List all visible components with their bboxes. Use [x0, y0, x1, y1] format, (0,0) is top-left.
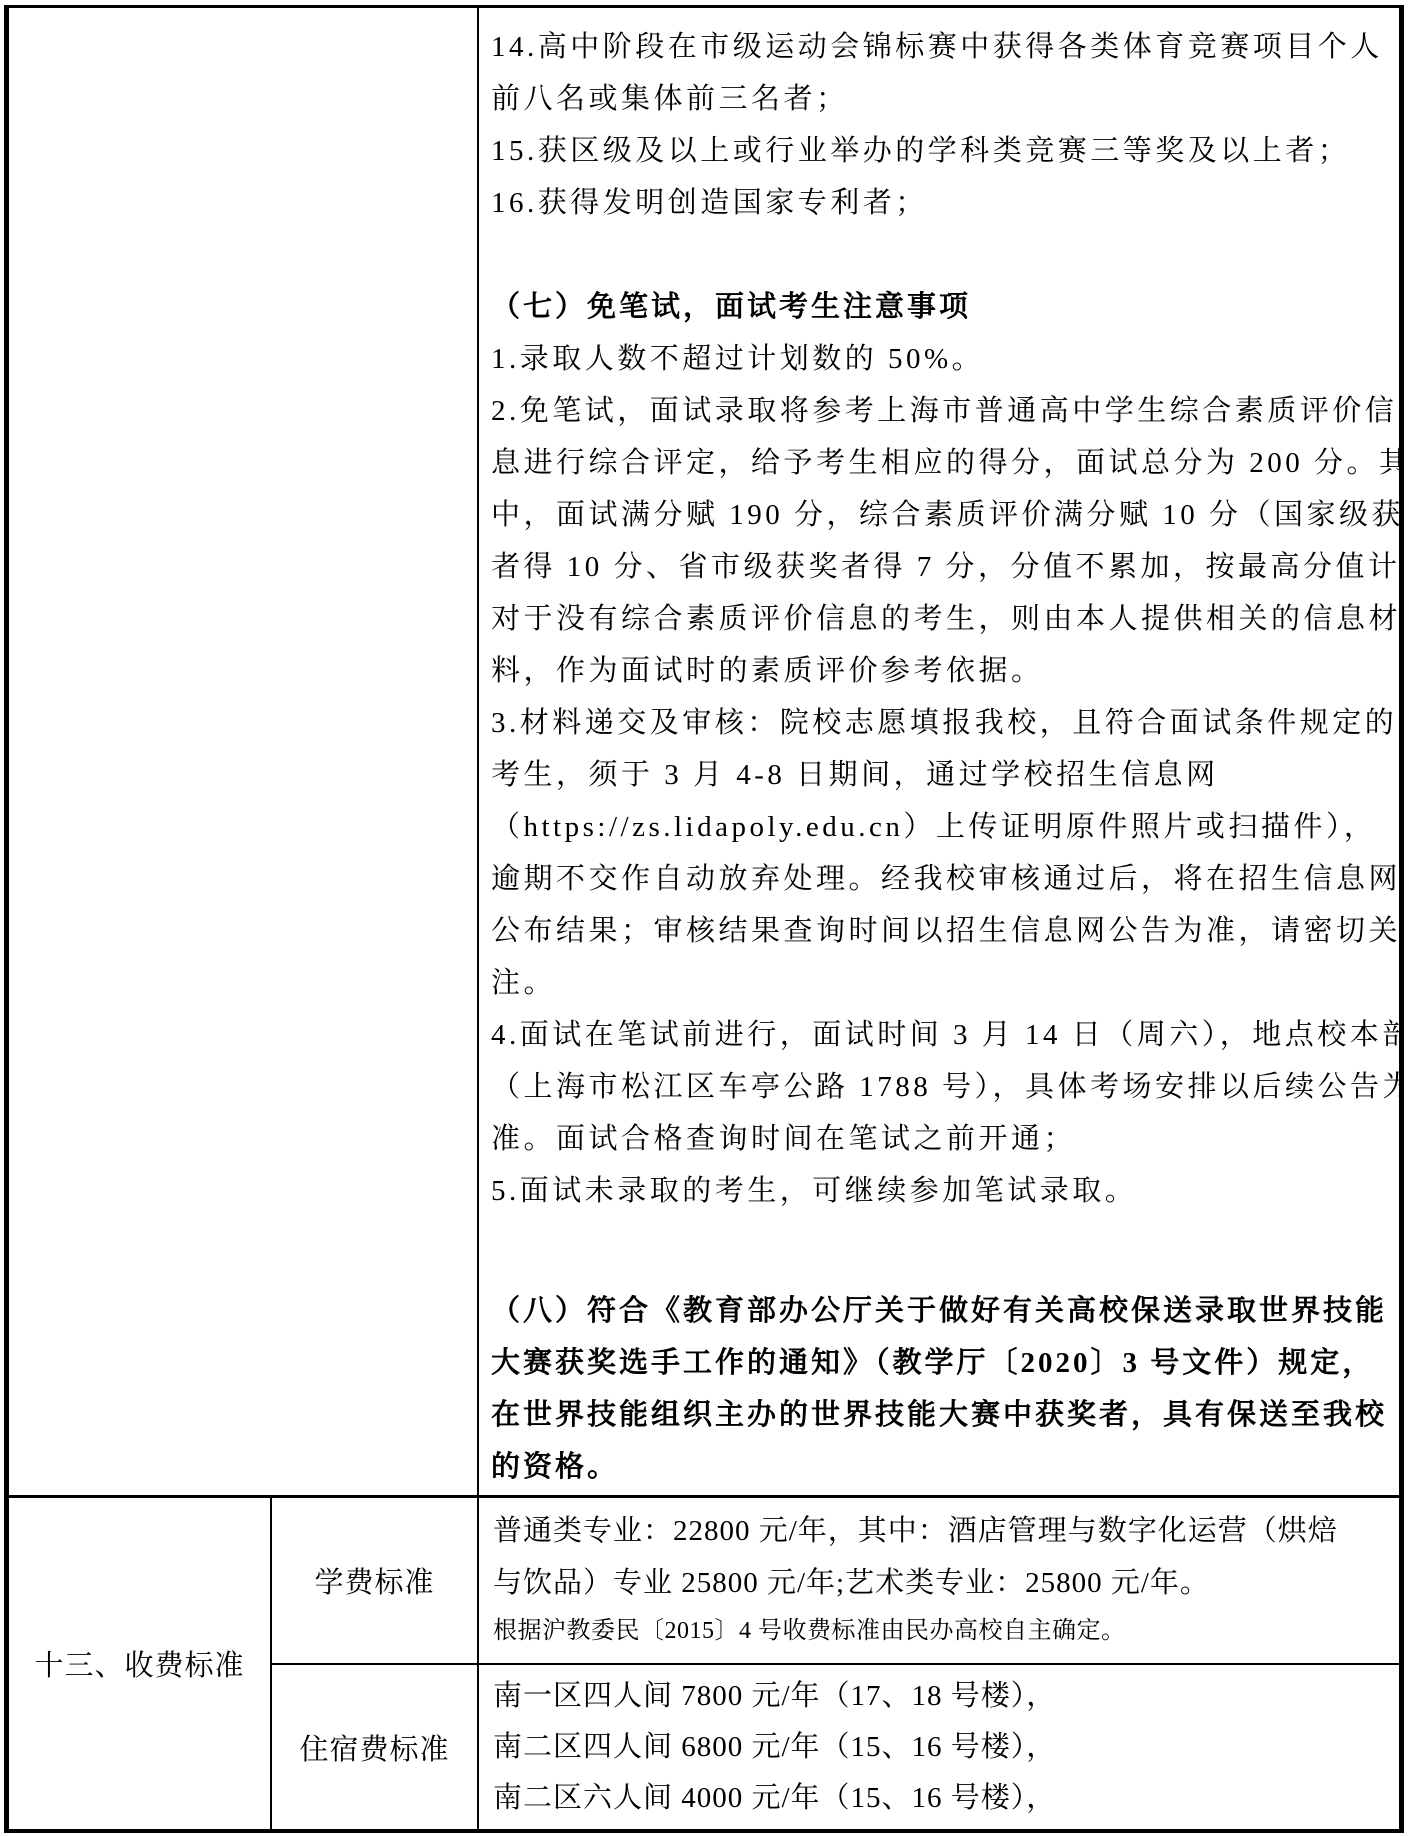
text-line: 14.高中阶段在市级运动会锦标赛中获得各类体育竞赛项目个人 [491, 21, 1393, 73]
fee-section-row-label: 十三、收费标准 [34, 1643, 244, 1684]
text-line: 中，面试满分赋 190 分，综合素质评价满分赋 10 分（国家级获奖 [491, 489, 1393, 541]
text-line: （https://zs.lidapoly.edu.cn）上传证明原件照片或扫描件… [491, 801, 1393, 853]
text-line: 1.录取人数不超过计划数的 50%。 [491, 333, 1393, 385]
notice-content-cell: 14.高中阶段在市级运动会锦标赛中获得各类体育竞赛项目个人前八名或集体前三名者；… [479, 8, 1399, 1498]
text-line: 考生，须于 3 月 4-8 日期间，通过学校招生信息网 [491, 749, 1393, 801]
text-line: 南二区四人间 6800 元/年（15、16 号楼）， [493, 1722, 1389, 1773]
left-empty-continuation-cell [9, 8, 479, 1498]
text-line: （上海市松江区车亭公路 1788 号），具体考场安排以后续公告为 [491, 1061, 1393, 1113]
text-line: 大赛获奖选手工作的通知》（教学厅〔2020〕3 号文件）规定， [491, 1337, 1393, 1389]
tuition-lines: 普通类专业：22800 元/年，其中：酒店管理与数字化运营（烘焙与饮品）专业 2… [493, 1505, 1389, 1609]
tuition-standard-label: 学费标准 [314, 1560, 434, 1601]
text-line: 4.面试在笔试前进行，面试时间 3 月 14 日（周六），地点校本部 [491, 1009, 1393, 1061]
accommodation-standard-label: 住宿费标准 [299, 1727, 449, 1768]
tuition-standard-label-cell: 学费标准 [272, 1498, 479, 1665]
blank-line [491, 1217, 1393, 1269]
text-line: 2.免笔试，面试录取将参考上海市普通高中学生综合素质评价信 [491, 385, 1393, 437]
text-line: 对于没有综合素质评价信息的考生，则由本人提供相关的信息材 [491, 593, 1393, 645]
accommodation-standard-label-cell: 住宿费标准 [272, 1665, 479, 1829]
tuition-standard-content-cell: 普通类专业：22800 元/年，其中：酒店管理与数字化运营（烘焙与饮品）专业 2… [479, 1498, 1399, 1665]
text-line: 5.面试未录取的考生，可继续参加笔试录取。 [491, 1165, 1393, 1217]
text-line: 公布结果；审核结果查询时间以招生信息网公告为准，请密切关 [491, 905, 1393, 957]
text-line: 普通类专业：22800 元/年，其中：酒店管理与数字化运营（烘焙 [493, 1505, 1389, 1557]
accommodation-standard-content-cell: 南一区四人间 7800 元/年（17、18 号楼），南二区四人间 6800 元/… [479, 1665, 1399, 1829]
text-line: 3.材料递交及审核：院校志愿填报我校，且符合面试条件规定的 [491, 697, 1393, 749]
text-line: 与饮品）专业 25800 元/年;艺术类专业：25800 元/年。 [493, 1557, 1389, 1609]
text-line: 南一区四人间 7800 元/年（17、18 号楼）， [493, 1671, 1389, 1722]
blank-line [491, 229, 1393, 281]
text-line: 者得 10 分、省市级获奖者得 7 分，分值不累加，按最高分值计入）。 [491, 541, 1393, 593]
text-line: 逾期不交作自动放弃处理。经我校审核通过后，将在招生信息网 [491, 853, 1393, 905]
text-line: 料，作为面试时的素质评价参考依据。 [491, 645, 1393, 697]
fee-section-row-label-cell: 十三、收费标准 [9, 1498, 272, 1829]
text-line: 南二区六人间 4000 元/年（15、16 号楼）， [493, 1773, 1389, 1824]
text-line: （七）免笔试，面试考生注意事项 [491, 281, 1393, 333]
text-line: 15.获区级及以上或行业举办的学科类竞赛三等奖及以上者； [491, 125, 1393, 177]
text-line: 在世界技能组织主办的世界技能大赛中获奖者，具有保送至我校 [491, 1389, 1393, 1441]
text-line: 16.获得发明创造国家专利者； [491, 177, 1393, 229]
text-line: 息进行综合评定，给予考生相应的得分，面试总分为 200 分。其 [491, 437, 1393, 489]
admissions-document-table: 14.高中阶段在市级运动会锦标赛中获得各类体育竞赛项目个人前八名或集体前三名者；… [4, 5, 1404, 1833]
text-line: 前八名或集体前三名者； [491, 73, 1393, 125]
text-line: （八）符合《教育部办公厅关于做好有关高校保送录取世界技能 [491, 1285, 1393, 1337]
text-line: 准。面试合格查询时间在笔试之前开通； [491, 1113, 1393, 1165]
text-line: 的资格。 [491, 1441, 1393, 1493]
text-line: 注。 [491, 957, 1393, 1009]
tuition-note: 根据沪教委民〔2015〕4 号收费标准由民办高校自主确定。 [493, 1609, 1389, 1653]
